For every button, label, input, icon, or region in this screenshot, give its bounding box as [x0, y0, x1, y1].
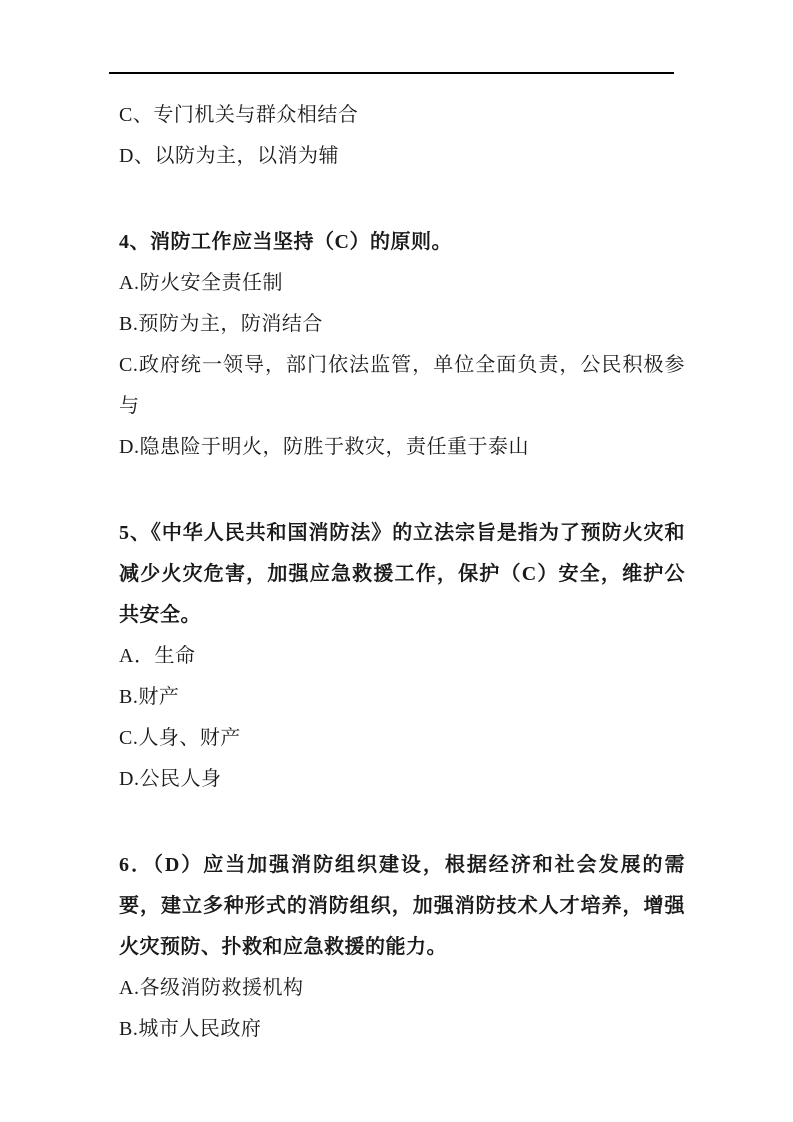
question-4-option-a: A.防火安全责任制: [119, 263, 685, 304]
question-4-option-b: B.预防为主，防消结合: [119, 304, 685, 345]
header-rule: [109, 72, 674, 74]
question-6-option-b: B.城市人民政府: [119, 1009, 685, 1050]
document-page: C、专门机关与群众相结合 D、以防为主，以消为辅 4、消防工作应当坚持（C）的原…: [0, 0, 793, 1122]
carryover-option-c: C、专门机关与群众相结合: [119, 95, 685, 136]
question-5-option-a: A．生命: [119, 636, 685, 677]
question-4-option-c: C.政府统一领导，部门依法监管，单位全面负责，公民积极参与: [119, 345, 685, 427]
question-4-option-d: D.隐患险于明火，防胜于救灾，责任重于泰山: [119, 427, 685, 468]
question-5-option-b: B.财产: [119, 677, 685, 718]
question-5-option-d: D.公民人身: [119, 759, 685, 800]
question-6-stem: 6．（D）应当加强消防组织建设，根据经济和社会发展的需要，建立多种形式的消防组织…: [119, 845, 685, 968]
question-6-option-a: A.各级消防救援机构: [119, 968, 685, 1009]
question-5: 5、《中华人民共和国消防法》的立法宗旨是指为了预防火灾和减少火灾危害，加强应急救…: [119, 513, 685, 800]
question-4: 4、消防工作应当坚持（C）的原则。 A.防火安全责任制 B.预防为主，防消结合 …: [119, 222, 685, 468]
quiz-content: C、专门机关与群众相结合 D、以防为主，以消为辅 4、消防工作应当坚持（C）的原…: [119, 95, 685, 1050]
question-5-option-c: C.人身、财产: [119, 718, 685, 759]
question-6: 6．（D）应当加强消防组织建设，根据经济和社会发展的需要，建立多种形式的消防组织…: [119, 845, 685, 1050]
question-4-stem: 4、消防工作应当坚持（C）的原则。: [119, 222, 685, 263]
question-5-stem: 5、《中华人民共和国消防法》的立法宗旨是指为了预防火灾和减少火灾危害，加强应急救…: [119, 513, 685, 636]
carryover-option-d: D、以防为主，以消为辅: [119, 136, 685, 177]
